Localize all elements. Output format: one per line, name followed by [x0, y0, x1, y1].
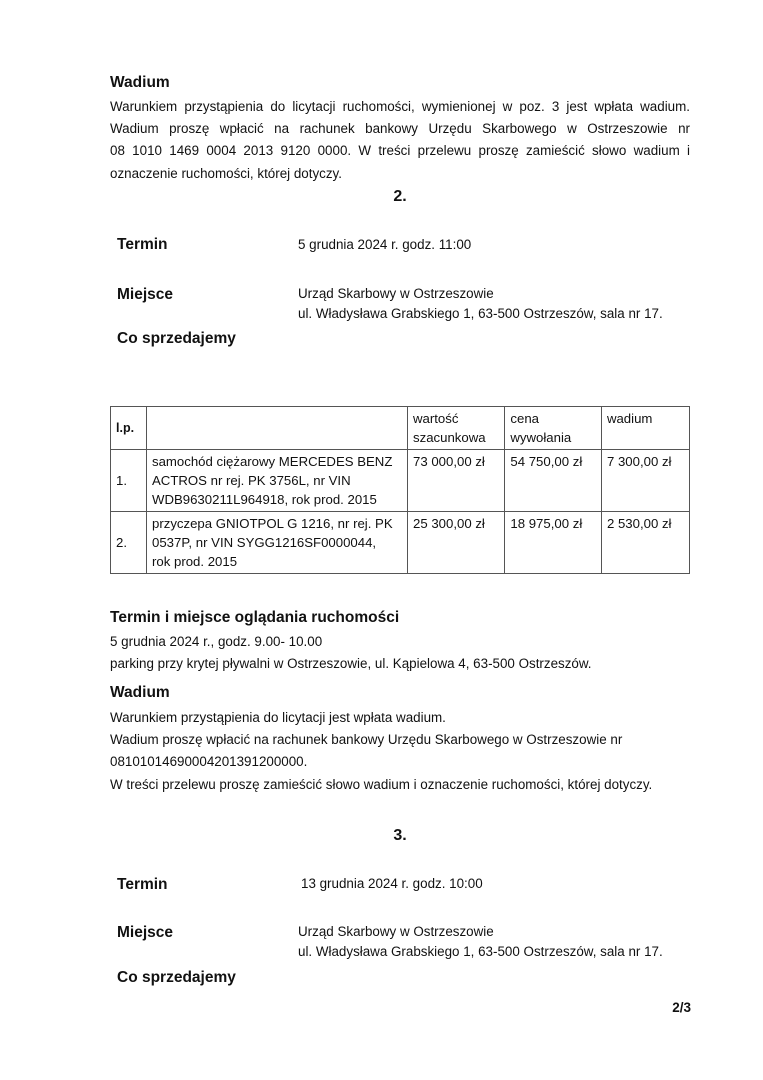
termin-value: 13 grudnia 2024 r. godz. 10:00	[301, 874, 483, 894]
wadium-line: 08 1010 1469 0004 2013 9120 0000. W treś…	[110, 140, 690, 162]
termin-label: Termin	[117, 876, 168, 894]
desc-line: 0537P, nr VIN SYGG1216SF0000044,	[152, 533, 402, 552]
termin-label: Termin	[117, 236, 168, 254]
miejsce-value: Urząd Skarbowy w Ostrzeszowie ul. Władys…	[298, 922, 663, 961]
cell-wartosc: 73 000,00 zł	[408, 450, 505, 512]
co-sprzedajemy-label: Co sprzedajemy	[117, 330, 236, 348]
ogladanie-heading: Termin i miejsce oglądania ruchomości	[110, 609, 399, 627]
items-table: l.p. wartość szacunkowa cena wywołania w…	[110, 406, 690, 574]
header-cena: cena wywołania	[505, 407, 602, 450]
wadium-line: Warunkiem przystąpienia do licytacji jes…	[110, 707, 690, 729]
miejsce-line: Urząd Skarbowy w Ostrzeszowie	[298, 922, 663, 942]
desc-line: samochód ciężarowy MERCEDES BENZ	[152, 452, 402, 471]
wadium-line: 08101014690004201391200000.	[110, 751, 690, 773]
page-number: 2/3	[672, 1000, 691, 1015]
desc-line: rok prod. 2015	[152, 552, 402, 571]
cell-lp: 1.	[111, 450, 147, 512]
ogladanie-paragraph: 5 grudnia 2024 r., godz. 9.00- 10.00 par…	[110, 631, 690, 675]
wadium-paragraph-2: Warunkiem przystąpienia do licytacji jes…	[110, 707, 690, 796]
header-text: wywołania	[510, 428, 596, 447]
termin-value: 5 grudnia 2024 r. godz. 11:00	[298, 235, 471, 255]
cell-desc: przyczepa GNIOTPOL G 1216, nr rej. PK 05…	[147, 512, 408, 574]
desc-line: WDB9630211L964918, rok prod. 2015	[152, 490, 402, 509]
cell-cena: 54 750,00 zł	[505, 450, 602, 512]
miejsce-label: Miejsce	[117, 286, 173, 304]
header-wadium: wadium	[601, 407, 689, 450]
wadium-line: Warunkiem przystąpienia do licytacji ruc…	[110, 96, 690, 118]
wadium-line: W treści przelewu proszę zamieścić słowo…	[110, 774, 690, 796]
section-number-3: 3.	[0, 827, 763, 845]
wadium-line: oznaczenie ruchomości, której dotyczy.	[110, 163, 690, 185]
header-desc	[147, 407, 408, 450]
wadium-line: Wadium proszę wpłacić na rachunek bankow…	[110, 118, 690, 140]
section-number-2: 2.	[0, 188, 763, 206]
header-lp: l.p.	[111, 407, 147, 450]
cell-wadium: 2 530,00 zł	[601, 512, 689, 574]
miejsce-value: Urząd Skarbowy w Ostrzeszowie ul. Władys…	[298, 284, 663, 323]
co-sprzedajemy-label: Co sprzedajemy	[117, 969, 236, 987]
cell-cena: 18 975,00 zł	[505, 512, 602, 574]
header-text: szacunkowa	[413, 428, 499, 447]
miejsce-line: ul. Władysława Grabskiego 1, 63-500 Ostr…	[298, 304, 663, 324]
wadium-heading-2: Wadium	[110, 684, 170, 702]
ogladanie-line: 5 grudnia 2024 r., godz. 9.00- 10.00	[110, 631, 690, 653]
miejsce-line: ul. Władysława Grabskiego 1, 63-500 Ostr…	[298, 942, 663, 962]
desc-line: przyczepa GNIOTPOL G 1216, nr rej. PK	[152, 514, 402, 533]
ogladanie-line: parking przy krytej pływalni w Ostrzeszo…	[110, 653, 690, 675]
cell-desc: samochód ciężarowy MERCEDES BENZ ACTROS …	[147, 450, 408, 512]
wadium-line: Wadium proszę wpłacić na rachunek bankow…	[110, 729, 690, 751]
header-text: cena	[510, 409, 596, 428]
miejsce-label: Miejsce	[117, 924, 173, 942]
miejsce-line: Urząd Skarbowy w Ostrzeszowie	[298, 284, 663, 304]
table-header-row: l.p. wartość szacunkowa cena wywołania w…	[111, 407, 690, 450]
header-wartosc: wartość szacunkowa	[408, 407, 505, 450]
cell-lp: 2.	[111, 512, 147, 574]
cell-wadium: 7 300,00 zł	[601, 450, 689, 512]
wadium-heading-1: Wadium	[110, 74, 170, 92]
header-text: wartość	[413, 409, 499, 428]
table-row: 2. przyczepa GNIOTPOL G 1216, nr rej. PK…	[111, 512, 690, 574]
table-row: 1. samochód ciężarowy MERCEDES BENZ ACTR…	[111, 450, 690, 512]
cell-wartosc: 25 300,00 zł	[408, 512, 505, 574]
desc-line: ACTROS nr rej. PK 3756L, nr VIN	[152, 471, 402, 490]
wadium-paragraph-1: Warunkiem przystąpienia do licytacji ruc…	[110, 96, 690, 185]
